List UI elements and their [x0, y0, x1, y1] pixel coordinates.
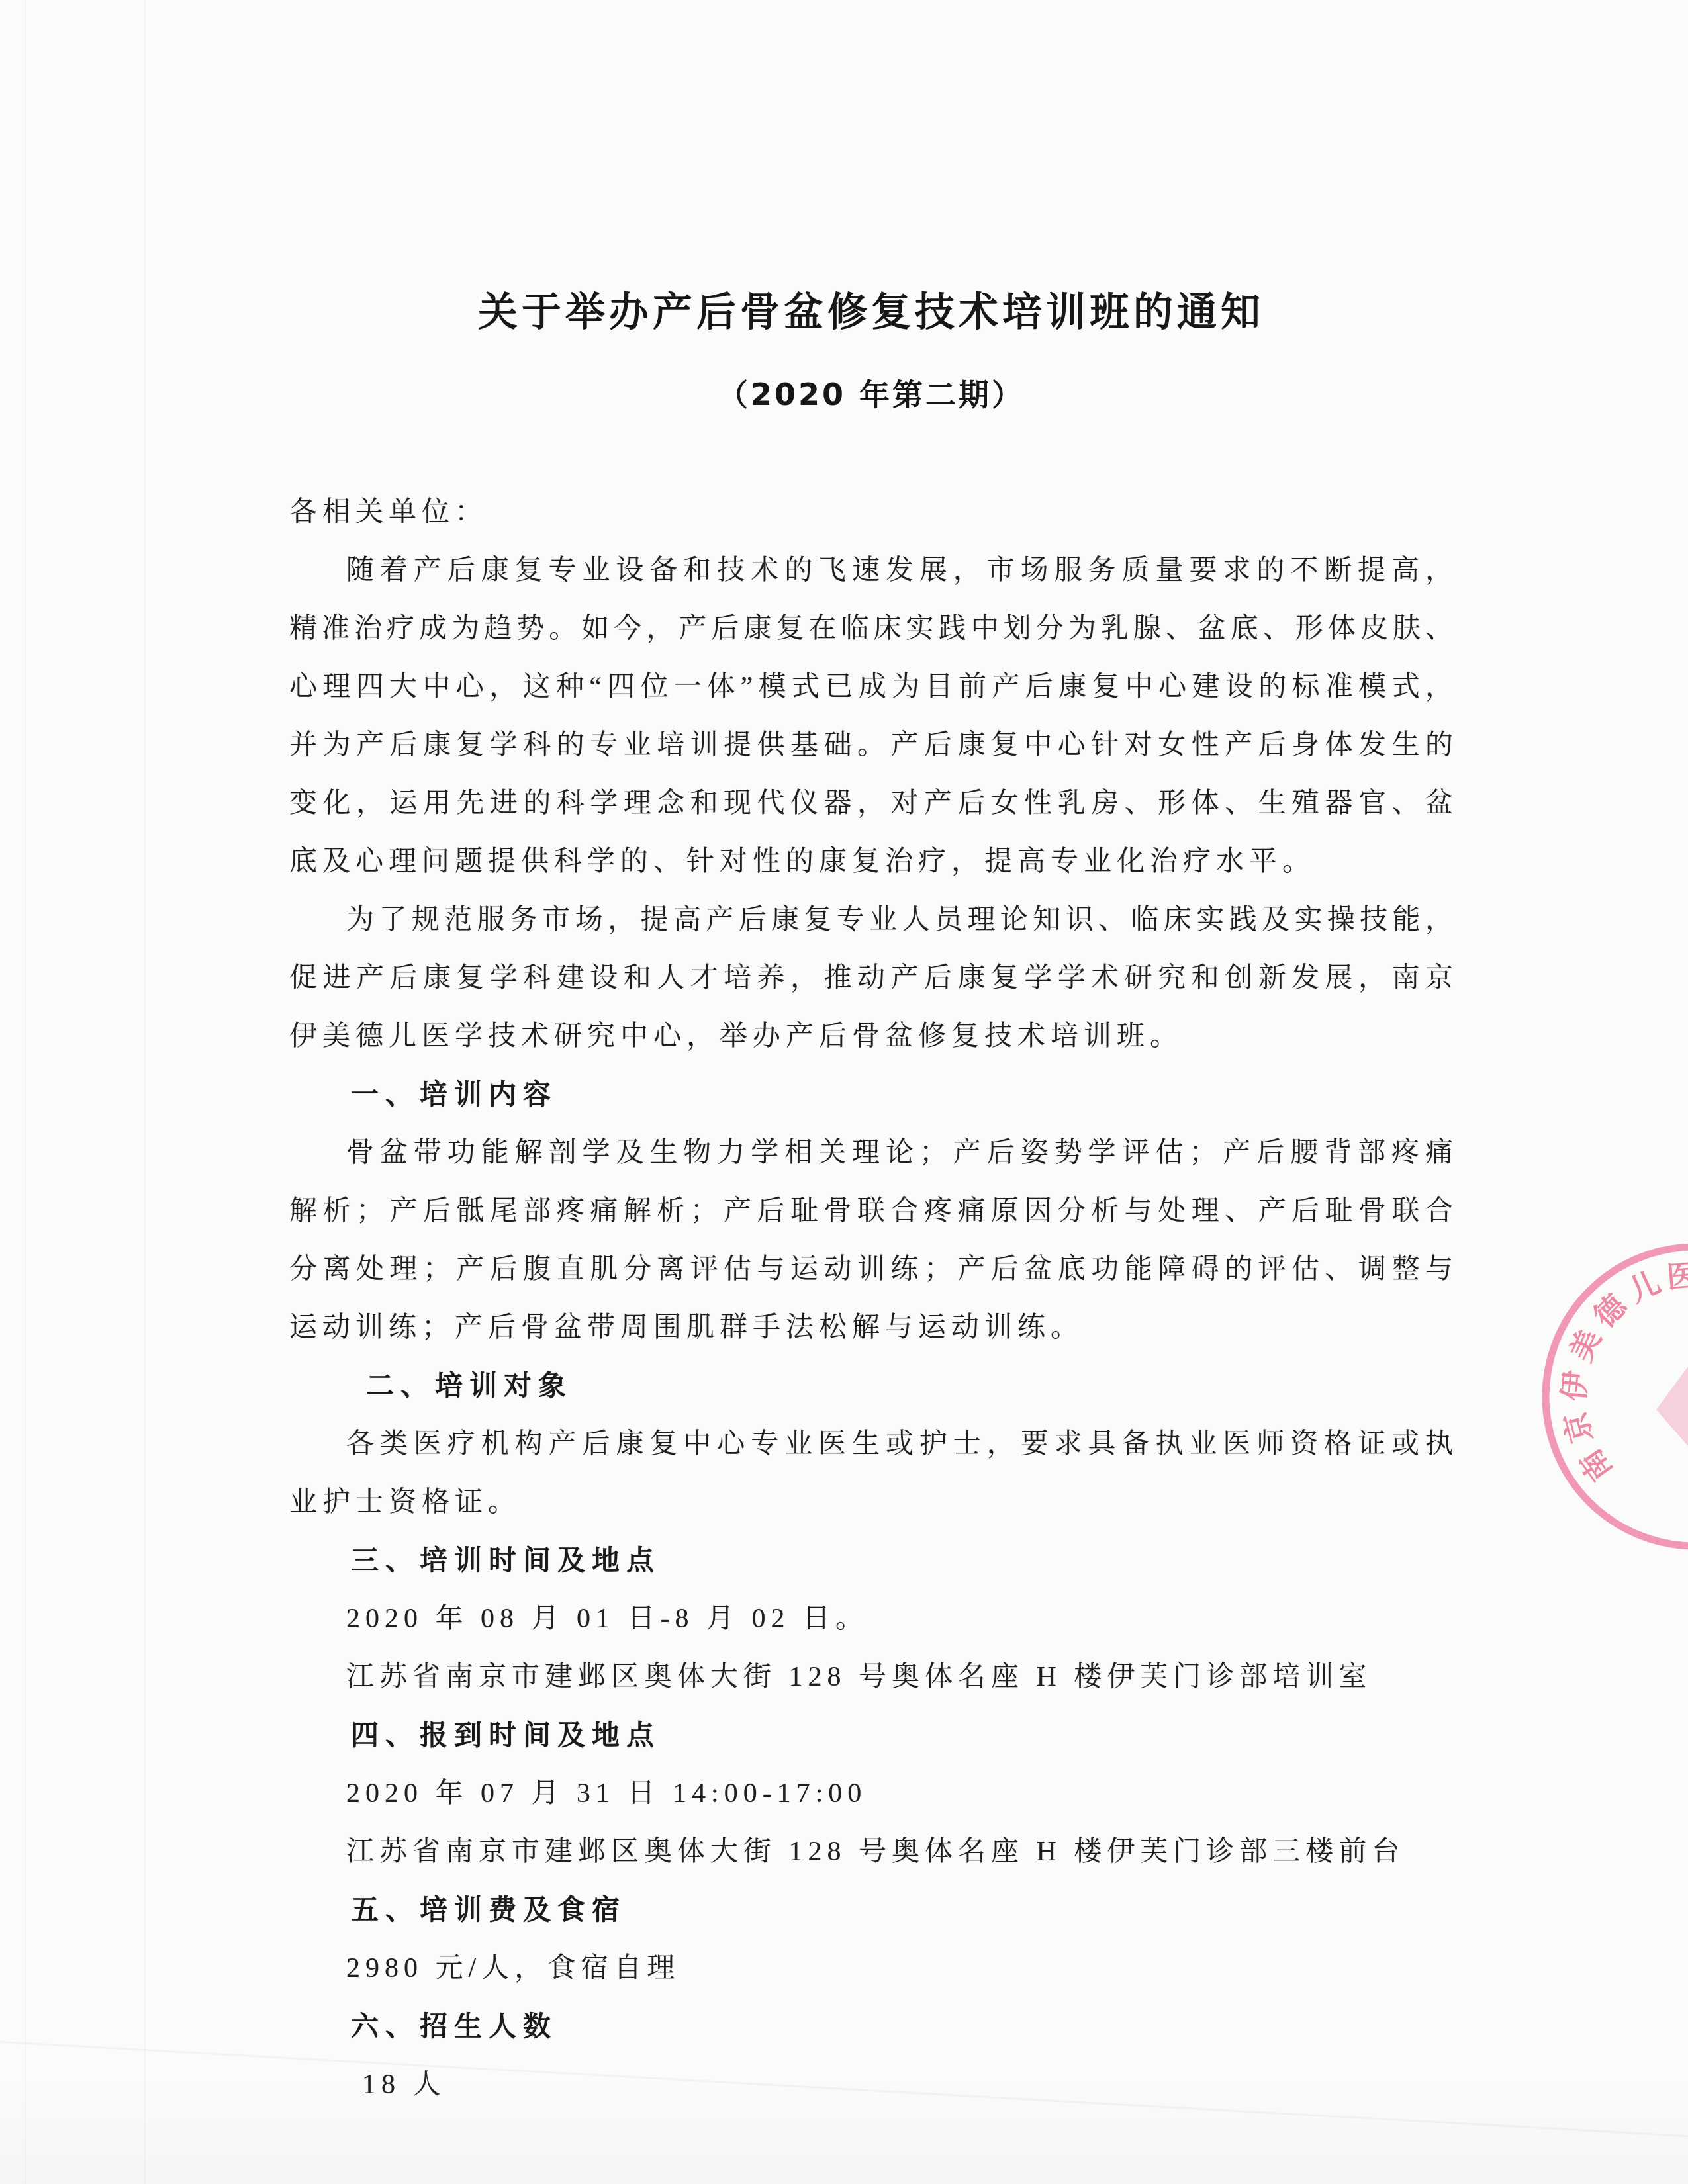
body-line: 分离处理；产后腹直肌分离评估与运动训练；产后盆底功能障碍的评估、调整与	[289, 1251, 1453, 1288]
body-line: 底及心理问题提供科学的、针对性的康复治疗，提高专业化治疗水平。	[289, 843, 1453, 880]
svg-text:京: 京	[1557, 1408, 1599, 1447]
svg-text:德: 德	[1587, 1287, 1634, 1334]
section-heading-6: 六、招生人数	[351, 2008, 557, 2045]
seal-ring	[1546, 1247, 1688, 1546]
body-line: 促进产后康复学科建设和人才培养，推动产后康复学学术研究和创新发展，南京	[289, 960, 1453, 997]
section-heading-5: 五、培训费及食宿	[351, 1891, 626, 1929]
training-date: 2020 年 08 月 01 日-8 月 02 日。	[346, 1600, 1453, 1637]
fee-line: 2980 元/人，食宿自理	[346, 1950, 1453, 1987]
enrollment-count: 18 人	[362, 2066, 1469, 2103]
svg-text:南: 南	[1573, 1443, 1620, 1488]
checkin-address: 江苏省南京市建邺区奥体大街 128 号奥体名座 H 楼伊芙门诊部三楼前台	[346, 1833, 1453, 1870]
salutation: 各相关单位：	[289, 494, 1453, 531]
section-heading-4: 四、报到时间及地点	[351, 1717, 661, 1754]
seal-star-tip	[1656, 1367, 1688, 1446]
scan-crease-line	[144, 0, 146, 2184]
body-line: 心理四大中心，这种“四位一体”模式已成为目前产后康复中心建设的标准模式，	[289, 668, 1453, 705]
checkin-date: 2020 年 07 月 31 日 14:00-17:00	[346, 1775, 1453, 1812]
body-line: 运动训练；产后骨盆带周围肌群手法松解与运动训练。	[289, 1309, 1453, 1346]
scan-crease-line	[25, 0, 26, 2184]
notice-subtitle: （2020 年第二期）	[289, 371, 1453, 414]
svg-text:医: 医	[1665, 1257, 1688, 1295]
training-address: 江苏省南京市建邺区奥体大街 128 号奥体名座 H 楼伊芙门诊部培训室	[346, 1659, 1453, 1696]
body-line: 业护士资格证。	[289, 1484, 1453, 1521]
section-heading-2: 二、培训对象	[366, 1367, 573, 1404]
body-line: 变化，运用先进的科学理念和现代仪器，对产后女性乳房、形体、生殖器官、盆	[289, 785, 1453, 822]
notice-title: 关于举办产后骨盆修复技术培训班的通知	[289, 281, 1453, 338]
body-line: 随着产后康复专业设备和技术的飞速发展，市场服务质量要求的不断提高，	[346, 552, 1453, 589]
body-line: 骨盆带功能解剖学及生物力学相关理论；产后姿势学评估；产后腰背部疼痛	[346, 1134, 1453, 1171]
official-seal-stamp: 南 京 伊 美 德 儿 医	[1536, 1211, 1688, 1582]
section-heading-1: 一、培训内容	[351, 1076, 557, 1113]
body-line: 并为产后康复学科的专业培训提供基础。产后康复中心针对女性产后身体发生的	[289, 727, 1453, 764]
body-line: 各类医疗机构产后康复中心专业医生或护士，要求具备执业医师资格证或执	[346, 1426, 1453, 1463]
body-line: 解析；产后骶尾部疼痛解析；产后耻骨联合疼痛原因分析与处理、产后耻骨联合	[289, 1193, 1453, 1230]
scanned-notice-page: 关于举办产后骨盆修复技术培训班的通知 （2020 年第二期） 各相关单位： 随着…	[0, 0, 1688, 2184]
svg-text:伊: 伊	[1556, 1369, 1594, 1403]
svg-text:美: 美	[1563, 1324, 1608, 1367]
body-line: 精准治疗成为趋势。如今，产后康复在临床实践中划分为乳腺、盆底、形体皮肤、	[289, 610, 1453, 647]
body-line: 为了规范服务市场，提高产后康复专业人员理论知识、临床实践及实操技能，	[346, 901, 1453, 938]
svg-text:儿: 儿	[1623, 1264, 1666, 1309]
section-heading-3: 三、培训时间及地点	[351, 1542, 661, 1579]
body-line: 伊美德儿医学技术研究中心，举办产后骨盆修复技术培训班。	[289, 1018, 1453, 1055]
